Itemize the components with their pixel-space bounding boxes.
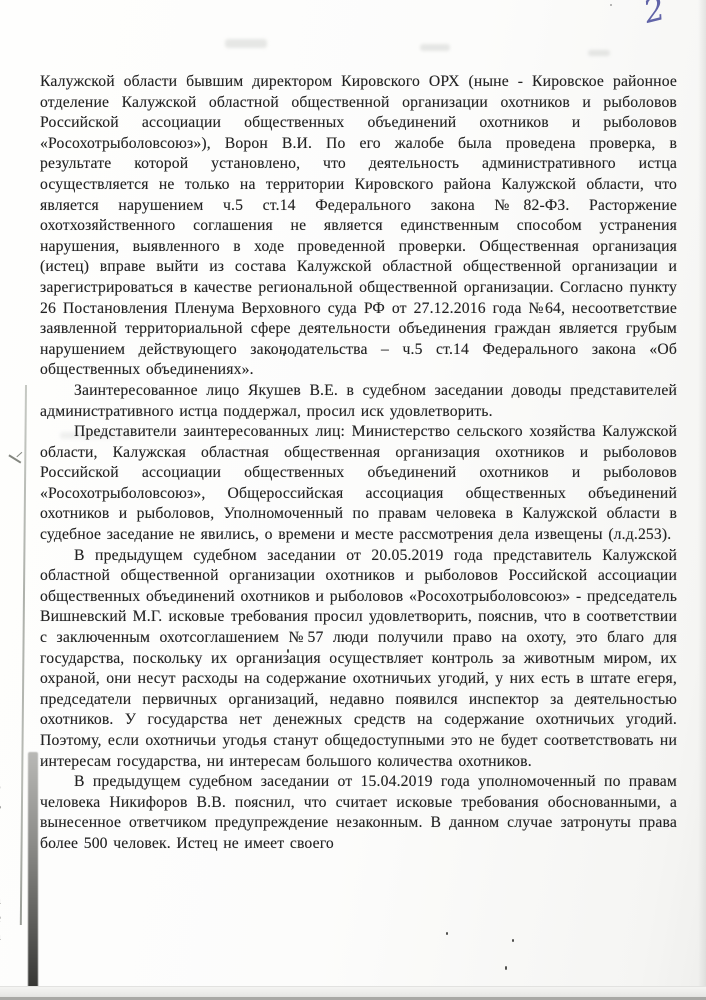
- pencil-tick-mark: [9, 454, 22, 463]
- ink-speck: [287, 649, 289, 653]
- scanner-shadow-band: [28, 752, 38, 1000]
- ghost-smudge: [588, 50, 610, 56]
- ink-speck: [283, 352, 285, 356]
- edge-bleed-glyph: а: [0, 893, 9, 906]
- edge-bleed-glyph: і: [0, 762, 9, 775]
- ghost-smudge: [225, 39, 267, 48]
- handwritten-page-number: 2: [640, 0, 669, 31]
- paragraph: В предыдущем судебном заседании от 20.05…: [40, 546, 677, 773]
- page-crease-line: [20, 385, 27, 925]
- ghost-smudge: [420, 44, 450, 51]
- pencil-tick-mark: [16, 452, 22, 458]
- edge-bleed-glyph: г: [0, 782, 9, 795]
- paragraph: Заинтересованное лицо Якушев В.Е. в суде…: [40, 381, 677, 422]
- ink-speck: [610, 4, 612, 6]
- ink-speck: [512, 939, 514, 942]
- edge-bleed-glyph: а: [0, 929, 9, 942]
- ink-speck: [446, 932, 448, 935]
- scan-edge-shading: [698, 0, 706, 1000]
- edge-bleed-glyph: і: [0, 828, 9, 841]
- document-text-block: Калужской области бывшим директором Киро…: [40, 72, 677, 855]
- scanned-document-page: 2 Калужской области бывшим директором Ки…: [0, 0, 706, 1000]
- paragraph: Представители заинтересованных лиц: Мини…: [40, 422, 677, 546]
- edge-bleed-glyph: е: [0, 911, 9, 924]
- edge-bleed-glyph: і: [0, 813, 9, 826]
- paragraph-continuation: Калужской области бывшим директором Киро…: [40, 72, 677, 381]
- edge-bleed-glyph: ь: [0, 798, 9, 811]
- ink-speck: [505, 966, 507, 970]
- paragraph: В предыдущем судебном заседании от 15.04…: [40, 772, 677, 854]
